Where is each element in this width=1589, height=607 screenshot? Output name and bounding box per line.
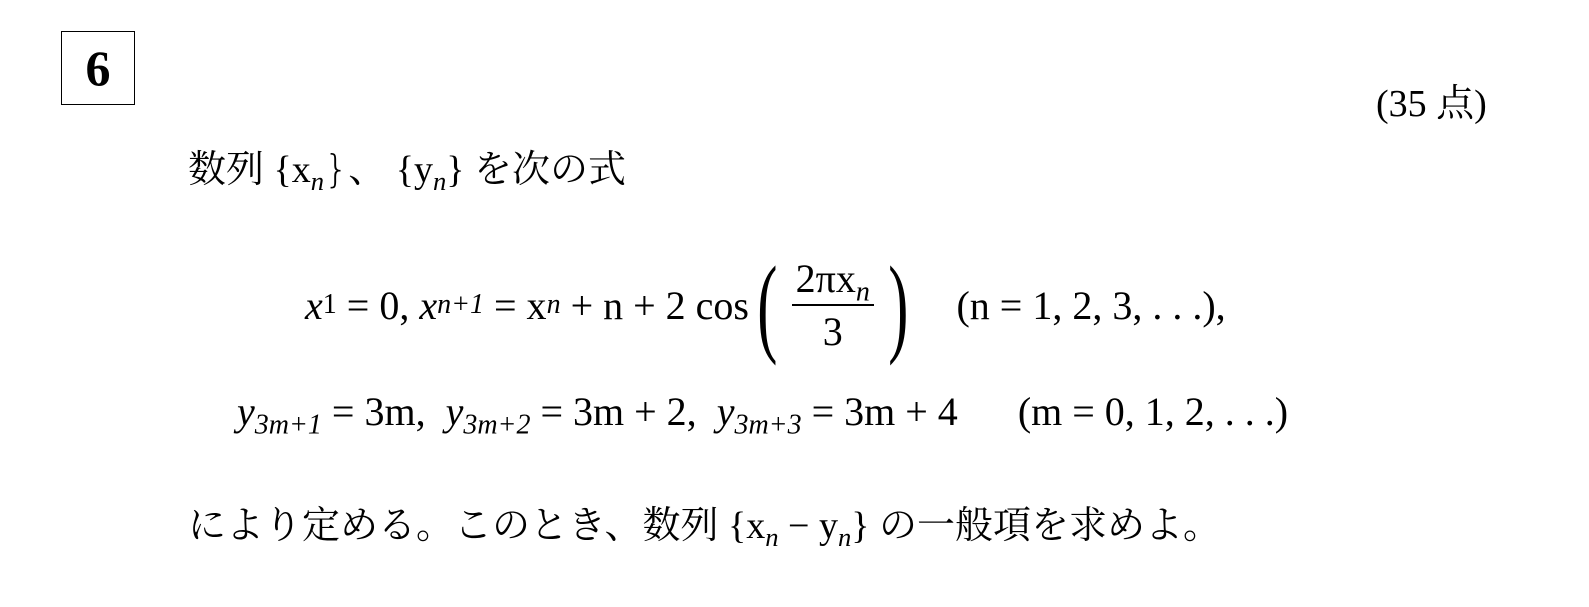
seq-y: {yn} [396, 149, 465, 191]
paren-close: ) [888, 250, 908, 360]
intro-suffix: を次の式 [474, 147, 626, 191]
condition-m: (m = 0, 1, 2, . . .) [1018, 389, 1288, 434]
problem-number: 6 [86, 39, 111, 97]
outro-text: により定める。このとき、数列 {xn − yn} の一般項を求めよ。 [188, 494, 1221, 549]
problem-number-box: 6 [61, 31, 135, 105]
target-expression: {xn − yn} [728, 505, 870, 547]
paren-open: ( [757, 250, 777, 360]
intro-prefix: 数列 [188, 147, 264, 191]
intro-text: 数列 {xn}、 {yn} を次の式 [188, 138, 626, 193]
condition-n: (n = 1, 2, 3, . . .), [956, 282, 1225, 329]
outro-prefix: により定める。このとき、数列 [188, 503, 718, 547]
fraction: 2πxn 3 [792, 255, 874, 355]
equation-y-definition: y3m+1 = 3m, y3m+2 = 3m + 2, y3m+3 = 3m +… [237, 388, 1288, 435]
seq-x: {xn}、 [274, 149, 387, 191]
outro-suffix: の一般項を求めよ。 [879, 503, 1221, 547]
points-label: (35 点) [1376, 72, 1487, 127]
equation-x-recurrence: x1 = 0, xn+1 = xn + n + 2 cos ( 2πxn 3 )… [305, 250, 1226, 360]
